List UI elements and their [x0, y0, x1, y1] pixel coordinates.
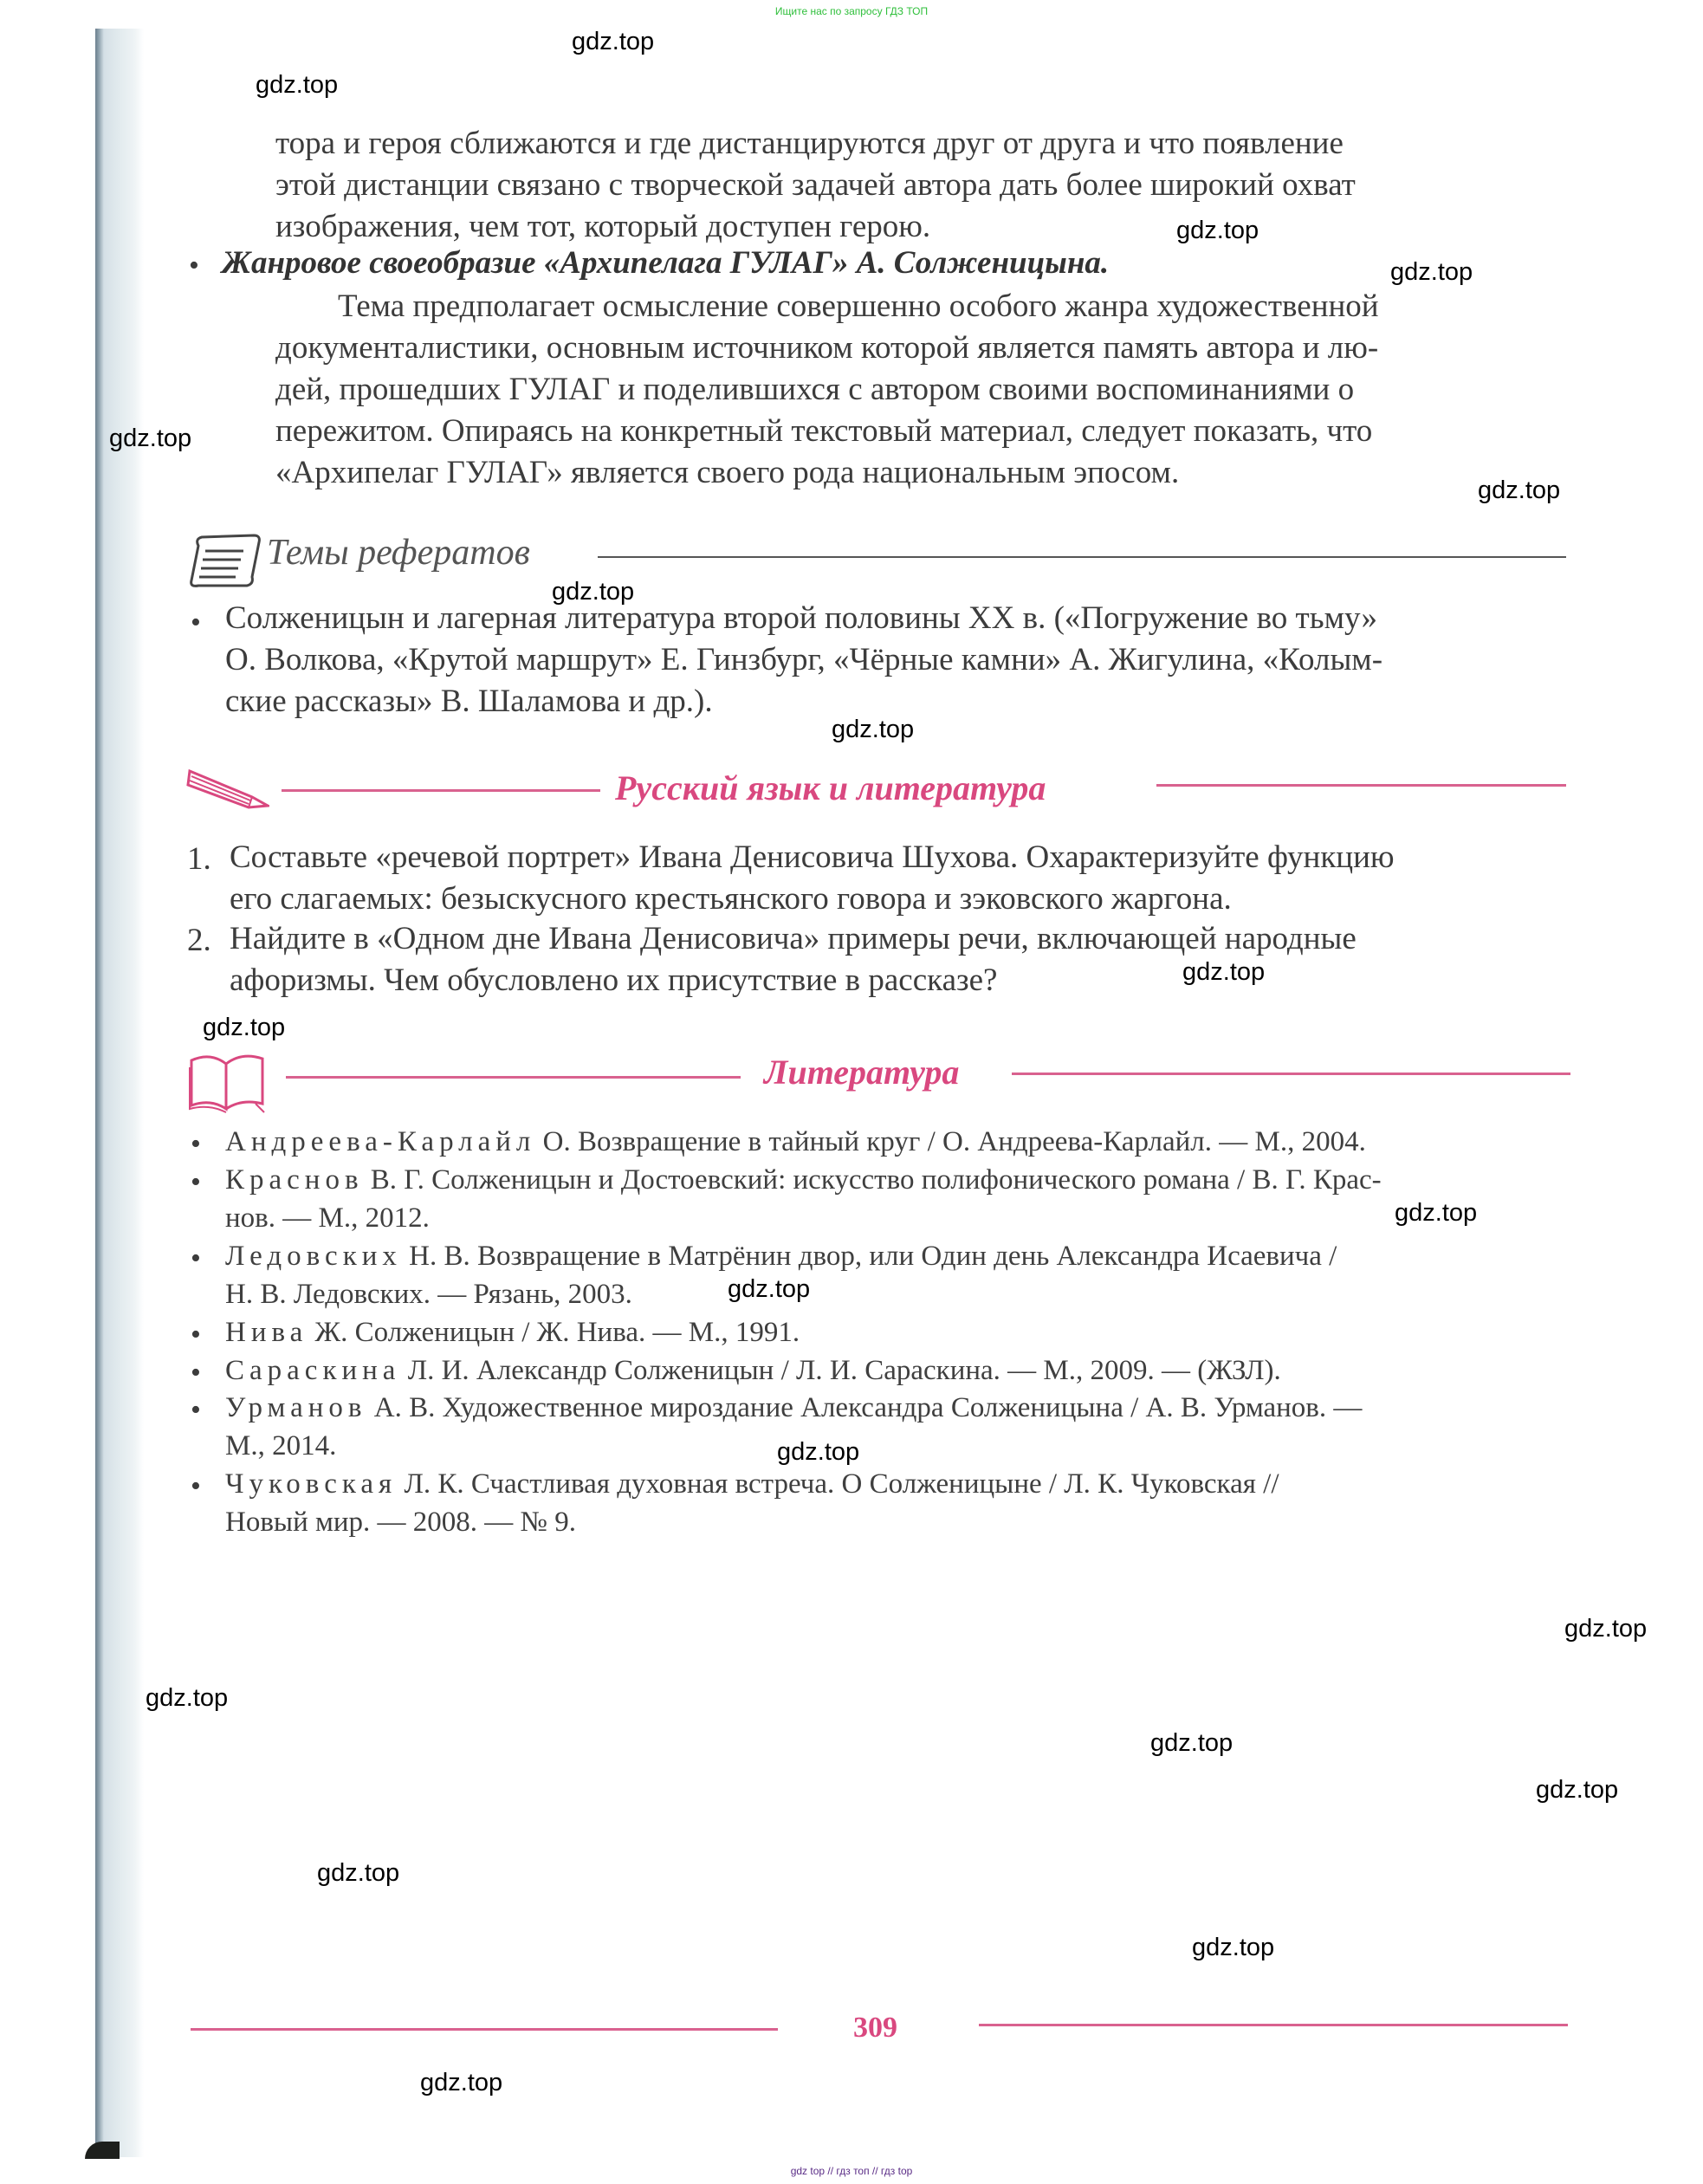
bullet: •	[191, 1242, 201, 1275]
bullet: •	[191, 1319, 201, 1351]
topic-title: Жанровое своеобразие «Архипелага ГУЛАГ» …	[222, 244, 1109, 282]
watermark: gdz.top	[1182, 958, 1265, 987]
bibliography-item: Ледовских Н. В. Возвращение в Матрёнин д…	[225, 1237, 1564, 1313]
continuation-paragraph: тора и героя сближаются и где дистанциру…	[275, 123, 1559, 248]
text-line: дей, прошедших ГУЛАГ и поделившихся с ав…	[275, 369, 1559, 411]
watermark: gdz.top	[572, 28, 654, 56]
footer-rule-left	[191, 2028, 778, 2031]
bibliography-item: Андреева-Карлайл О. Возвращение в тайный…	[225, 1123, 1564, 1161]
watermark: gdz.top	[317, 1859, 399, 1888]
divider	[1012, 1073, 1570, 1075]
text-line: его слагаемых: безыскусного крестьянског…	[230, 878, 1564, 920]
text-line: документалистики, основным источником ко…	[275, 327, 1559, 369]
task-number: 1.	[187, 840, 211, 878]
watermark: gdz.top	[1390, 258, 1473, 287]
citation-continued: нов. — М., 2012.	[225, 1202, 430, 1234]
text-line: Солженицын и лагерная литература второй …	[225, 598, 1564, 639]
citation: А. В. Художественное мироздание Александ…	[367, 1392, 1363, 1423]
task-2: Найдите в «Одном дне Ивана Денисовича» п…	[230, 918, 1564, 1001]
essays-heading: Темы рефератов	[267, 532, 530, 574]
text-line: «Архипелаг ГУЛАГ» является своего рода н…	[275, 452, 1559, 494]
bullet: •	[191, 1394, 201, 1427]
text-line: афоризмы. Чем обусловлено их присутствие…	[230, 960, 1564, 1001]
task-1: Составьте «речевой портрет» Ивана Денисо…	[230, 837, 1564, 920]
citation-continued: Н. В. Ледовских. — Рязань, 2003.	[225, 1279, 632, 1310]
watermark: gdz.top	[1536, 1776, 1618, 1805]
citation: О. Возвращение в тайный круг / О. Андрее…	[535, 1126, 1365, 1157]
top-banner: Ищите нас по запросу ГДЗ ТОП	[0, 5, 1703, 17]
bullet: •	[189, 250, 199, 282]
citation-continued: Новый мир. — 2008. — № 9.	[225, 1507, 576, 1538]
bibliography-item: Краснов В. Г. Солженицын и Достоевский: …	[225, 1161, 1564, 1237]
divider	[1156, 784, 1566, 787]
citation: Л. И. Александр Солженицын / Л. И. Сарас…	[400, 1355, 1280, 1386]
bullet: •	[191, 1166, 201, 1199]
watermark: gdz.top	[1192, 1934, 1274, 1962]
author: Краснов	[225, 1164, 364, 1196]
text-line: Найдите в «Одном дне Ивана Денисовича» п…	[230, 918, 1564, 960]
author: Сараскина	[225, 1355, 400, 1386]
watermark: gdz.top	[552, 578, 634, 606]
scroll-icon	[186, 530, 262, 589]
citation: В. Г. Солженицын и Достоевский: искусств…	[364, 1164, 1382, 1196]
text-line: О. Волкова, «Крутой маршрут» Е. Гинзбург…	[225, 639, 1564, 681]
watermark: gdz.top	[1478, 476, 1560, 505]
bullet: •	[191, 1470, 201, 1503]
bottom-banner: gdz top // гдз топ // гдз top	[0, 2165, 1703, 2177]
text-line: тора и героя сближаются и где дистанциру…	[275, 123, 1559, 165]
watermark: gdz.top	[1395, 1199, 1477, 1228]
russian-heading: Русский язык и литература	[615, 768, 1046, 808]
citation: Ж. Солженицын / Ж. Нива. — М., 1991.	[308, 1317, 800, 1348]
author: Нива	[225, 1317, 308, 1348]
author: Урманов	[225, 1392, 367, 1423]
book-spine	[95, 29, 144, 2157]
text-line: изображения, чем тот, который доступен г…	[275, 206, 1559, 248]
pencil-icon	[186, 768, 269, 811]
bibliography-item: Нива Ж. Солженицын / Ж. Нива. — М., 1991…	[225, 1313, 1564, 1351]
watermark: gdz.top	[832, 716, 914, 744]
watermark: gdz.top	[420, 2069, 502, 2097]
watermark: gdz.top	[1176, 217, 1259, 245]
bullet: •	[191, 1357, 201, 1390]
divider	[282, 789, 600, 792]
watermark: gdz.top	[203, 1014, 285, 1042]
bibliography-item: Сараскина Л. И. Александр Солженицын / Л…	[225, 1351, 1564, 1390]
text-line: пережитом. Опираясь на конкретный тексто…	[275, 411, 1559, 452]
watermark: gdz.top	[777, 1438, 859, 1467]
watermark: gdz.top	[146, 1684, 228, 1713]
essays-paragraph: Солженицын и лагерная литература второй …	[225, 598, 1564, 723]
watermark: gdz.top	[1150, 1729, 1233, 1758]
citation: Л. К. Счастливая духовная встреча. О Сол…	[397, 1468, 1279, 1500]
page-number: 309	[853, 2012, 897, 2045]
bullet: •	[191, 1128, 201, 1161]
topic-paragraph: Тема предполагает осмысление совершенно …	[275, 286, 1559, 494]
text-line: Тема предполагает осмысление совершенно …	[275, 286, 1559, 327]
spine-corner	[85, 2142, 120, 2159]
author: Ледовских	[225, 1241, 402, 1272]
bibliography-item: Урманов А. В. Художественное мироздание …	[225, 1389, 1564, 1465]
bullet: •	[191, 606, 201, 639]
citation-continued: М., 2014.	[225, 1430, 336, 1461]
literature-heading: Литература	[764, 1052, 959, 1092]
text-line: этой дистанции связано с творческой зада…	[275, 165, 1559, 206]
citation: Н. В. Возвращение в Матрёнин двор, или О…	[402, 1241, 1337, 1272]
watermark: gdz.top	[1564, 1615, 1647, 1643]
author: Чуковская	[225, 1468, 397, 1500]
text-line: Составьте «речевой портрет» Ивана Денисо…	[230, 837, 1564, 878]
divider	[286, 1076, 741, 1079]
bibliography-item: Чуковская Л. К. Счастливая духовная встр…	[225, 1465, 1564, 1541]
watermark: gdz.top	[728, 1275, 810, 1304]
open-book-icon	[186, 1052, 269, 1114]
author: Андреева-Карлайл	[225, 1126, 535, 1157]
divider	[598, 556, 1566, 558]
watermark: gdz.top	[109, 424, 191, 453]
watermark: gdz.top	[256, 71, 338, 100]
footer-rule-right	[979, 2024, 1568, 2026]
task-number: 2.	[187, 922, 211, 959]
